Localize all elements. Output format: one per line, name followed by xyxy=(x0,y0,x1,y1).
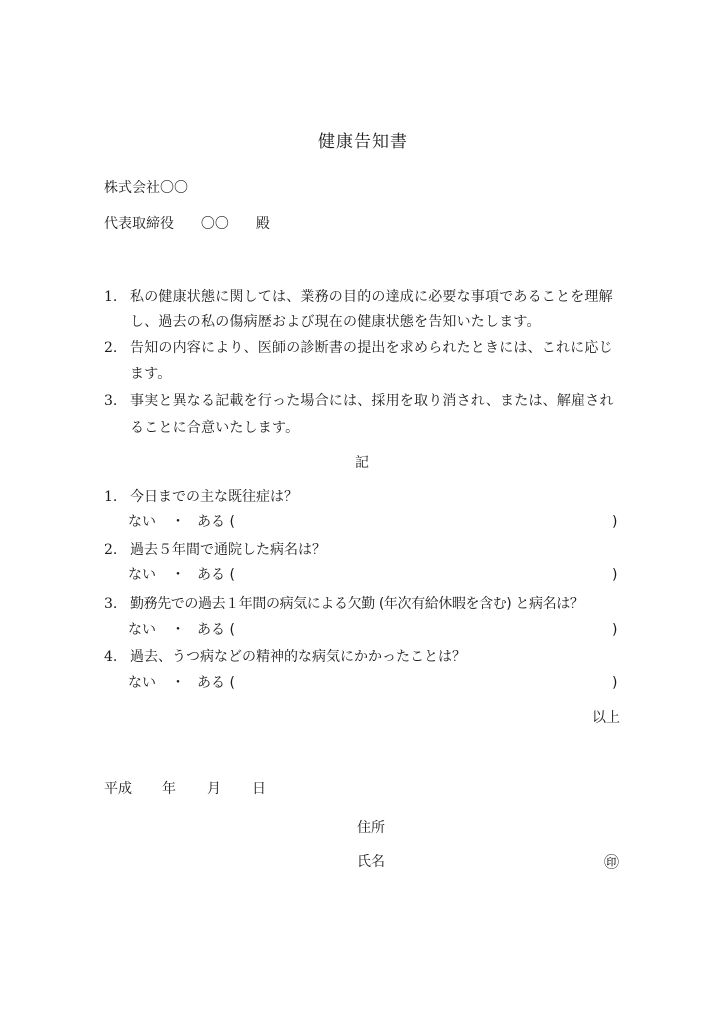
close-paren: ) xyxy=(612,568,617,582)
declaration-number: 2. xyxy=(104,341,117,355)
answer-field[interactable] xyxy=(240,673,610,693)
question-number: 2. xyxy=(104,543,117,557)
option-no[interactable]: ない xyxy=(128,515,156,529)
addressee-role: 代表取締役 xyxy=(104,216,174,232)
option-no[interactable]: ない xyxy=(128,623,156,637)
question-number: 4. xyxy=(104,650,117,664)
name-label: 氏名 xyxy=(357,855,385,869)
declaration-line: ます。 xyxy=(130,367,171,381)
addressee-name: 〇〇 xyxy=(201,216,229,232)
declaration-line: し、過去の私の傷病歴および現在の健康状態を告知いたします。 xyxy=(130,315,541,329)
answer-field[interactable] xyxy=(240,512,610,532)
answer-field[interactable] xyxy=(240,565,610,585)
option-separator: ・ xyxy=(171,515,185,529)
declaration-number: 1. xyxy=(104,290,117,304)
option-separator: ・ xyxy=(171,568,185,582)
option-yes[interactable]: ある ( xyxy=(197,515,235,529)
close-paren: ) xyxy=(612,515,617,529)
document-title: 健康告知書 xyxy=(318,134,408,151)
option-no[interactable]: ない xyxy=(128,676,156,690)
date-month-label: 月 xyxy=(207,782,221,796)
option-yes[interactable]: ある ( xyxy=(197,623,235,637)
closing-text: 以上 xyxy=(592,711,620,725)
option-separator: ・ xyxy=(171,676,185,690)
declaration-line: 告知の内容により、医師の診断書の提出を求められたときには、これに応じ xyxy=(130,341,613,355)
option-yes[interactable]: ある ( xyxy=(197,676,235,690)
address-label: 住所 xyxy=(357,821,385,835)
addressee-honorific: 殿 xyxy=(256,216,270,232)
option-no[interactable]: ない xyxy=(128,568,156,582)
document-page: 健康告知書 株式会社〇〇 代表取締役 〇〇 殿 1. 私の健康状態に関しては、業… xyxy=(0,0,724,1024)
question-text: 今日までの主な既往症は？ xyxy=(130,490,298,504)
question-number: 3. xyxy=(104,597,117,611)
addressee-company: 株式会社〇〇 xyxy=(104,181,188,195)
date-era: 平成 xyxy=(104,782,132,796)
option-separator: ・ xyxy=(171,623,185,637)
seal-icon: ㊞ xyxy=(604,855,619,870)
question-text: 勤務先での過去１年間の病気による欠勤 (年次有給休暇を含む) と病名は？ xyxy=(130,597,583,611)
question-text: 過去、うつ病などの精神的な病気にかかったことは？ xyxy=(130,650,466,664)
date-year-label: 年 xyxy=(162,782,176,796)
close-paren: ) xyxy=(612,676,617,690)
option-yes[interactable]: ある ( xyxy=(197,568,235,582)
question-number: 1. xyxy=(104,490,117,504)
close-paren: ) xyxy=(612,623,617,637)
declaration-line: 事実と異なる記載を行った場合には、採用を取り消され、または、解雇され xyxy=(130,394,614,408)
declaration-number: 3. xyxy=(104,394,117,408)
ki-heading: 記 xyxy=(355,456,369,470)
declaration-line: 私の健康状態に関しては、業務の目的の達成に必要な事項であることを理解 xyxy=(130,290,613,304)
question-text: 過去５年間で通院した病名は？ xyxy=(130,543,326,557)
addressee-line: 代表取締役 〇〇 殿 xyxy=(104,217,270,231)
answer-field[interactable] xyxy=(240,620,610,640)
date-day-label: 日 xyxy=(252,782,266,796)
declaration-line: ることに合意いたします。 xyxy=(130,421,299,435)
